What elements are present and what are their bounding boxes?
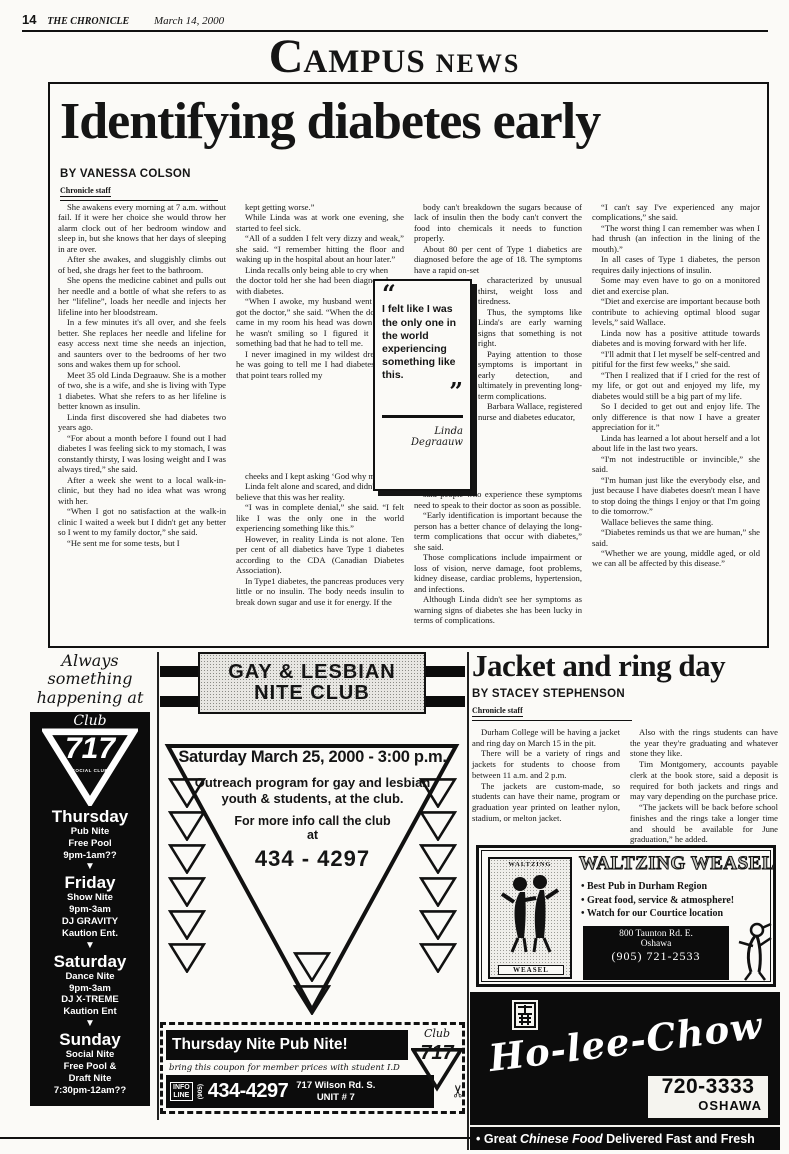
paragraph: Dance Nite [30,971,150,983]
byline-role: Chronicle staff [60,186,111,197]
nite-club-title-line1: GAY & LESBIAN [200,662,424,683]
logo-number: 717 [42,732,138,766]
day-name: Friday [30,874,150,892]
paragraph: While Linda was at work one evening, she… [236,212,404,233]
paragraph: “Whether we are young, middle aged, or o… [592,548,760,569]
coupon-banner: Thursday Nite Pub Nite! [166,1030,408,1060]
waltzing-weasel-ad: WALTZING WEASEL WALTZING WEASEL • Best P… [476,845,776,987]
section-news: NEWS [436,49,521,78]
tagline-line: happening at [24,689,156,707]
paragraph: There will be a variety of rings and jac… [472,748,620,780]
paragraph: Free Pool [30,838,150,850]
paragraph: Social Nite [30,1049,150,1061]
logo-subtext: SOCIAL CLUB [42,768,138,773]
ho-lee-chow-city: OSHAWA [648,1098,768,1113]
paragraph: Wallace believes the same thing. [592,517,760,527]
col3-narrow: characterized by unusual thirst, weight … [478,275,582,489]
paragraph: After she awakes, and sluggishly climbs … [58,254,226,275]
paragraph: “The jackets will be back before school … [630,802,778,845]
tagline-post: Delivered Fast and Fresh [603,1132,755,1146]
card-arc-text: WALTZING [490,859,570,868]
address-line: UNIT # 7 [296,1092,375,1103]
card-ribbon-text: WEASEL [498,965,564,975]
paragraph: Durham College will be having a jacket a… [472,727,620,748]
page-number: 14 [22,12,36,27]
triangle-icon [419,910,457,940]
nite-club-title-box: GAY & LESBIAN NITE CLUB [198,652,426,714]
info-line-label: INFO LINE [170,1082,193,1101]
event-description-line: youth & students, at the club. [160,791,465,807]
col2-bottom: cheeks and I kept asking ‘God why me'.”L… [236,471,404,607]
tagline-italic: Chinese Food [520,1132,603,1146]
day-section-thursday: Thursday Pub NiteFree Pool9pm-1am?? [30,808,150,861]
paragraph: “For about a month before I found out I … [58,433,226,475]
triangle-icon [419,943,457,973]
paragraph: Linda now has a positive attitude toward… [592,328,760,349]
pull-quote-attribution: Linda Degraauw [382,426,463,448]
paragraph: The jackets are custom-made, so students… [472,781,620,824]
coupon-phone: 434-4297 [208,1080,289,1103]
weasel-address-box: 800 Taunton Rd. E. Oshawa (905) 721-2533 [583,926,729,980]
paragraph: Although Linda didn't see her symptoms a… [414,594,582,625]
paragraph: Kaution Ent. [30,928,150,940]
jacket-headline: Jacket and ring day [472,648,778,684]
newspaper-page: 14 THE CHRONICLE March 14, 2000 CAMPUSNE… [0,0,789,1154]
article-column-4: “I can't say I've experienced any major … [592,202,760,642]
tagline-pre: • Great [476,1132,520,1146]
paragraph: About 80 per cent of Type 1 diabetics ar… [414,244,582,275]
jacket-column-2: Also with the rings students can have th… [630,727,778,845]
ho-lee-chow-phone-box: 720-3333 OSHAWA [648,1076,768,1118]
paragraph: She opens the medicine cabinet and pulls… [58,275,226,317]
triangle-icon [168,943,206,973]
triangle-separator-icon: ▼ [30,1018,150,1029]
info-label: INFO [173,1084,190,1092]
paragraph: After a week she went to a local walk-in… [58,475,226,506]
club-717-banner: Club 717 SOCIAL CLUB Thursday Pub NiteFr… [30,712,150,1106]
nite-club-text: Saturday March 25, 2000 - 3:00 p.m. Outr… [160,748,465,872]
issue-date: March 14, 2000 [154,15,224,27]
col3-top: body can't breakdown the sugars because … [414,202,582,275]
paragraph: “The worst thing I can remember was when… [592,223,760,254]
col3-bottom: said people who experience these symptom… [414,489,582,625]
paragraph: “I was in complete denial,” she said. “I… [236,502,404,533]
triangle-separator-icon: ▼ [30,861,150,872]
paragraph: “Early identification is important becau… [414,510,582,552]
main-headline: Identifying diabetes early [60,92,760,151]
logo-club-script: Club [411,1027,463,1040]
nite-club-phone: 434 - 4297 [160,846,465,872]
paragraph: So I decided to get out and enjoy life. … [592,401,760,432]
paragraph: Free Pool & [30,1061,150,1073]
triangle-separator-icon: ▼ [30,940,150,951]
triangle-icon [293,952,331,982]
day-section-sunday: Sunday Social NiteFree Pool &Draft Nite7… [30,1031,150,1096]
tagline-line: something [24,670,156,688]
paragraph: Those complications include impairment o… [414,552,582,594]
byline-author: BY VANESSA COLSON [60,168,218,180]
logo-number: 717 [411,1042,463,1065]
day-name: Saturday [30,953,150,971]
open-quote-icon: “ [382,287,463,301]
tagline-line: Always [24,652,156,670]
paragraph: “All of a sudden I felt very dizzy and w… [236,233,404,264]
paragraph: However, in reality Linda is not alone. … [236,534,404,576]
paragraph: Linda first discovered she had diabetes … [58,412,226,433]
vertical-divider-left [157,652,159,1120]
club-717-tagline: Always something happening at [24,652,156,707]
paragraph: Linda has learned a lot about herself an… [592,433,760,454]
paragraph: “Diet and exercise are important because… [592,296,760,327]
header-rule [22,30,768,32]
paragraph: Also with the rings students can have th… [630,727,778,759]
paragraph: In Type1 diabetes, the pancreas produces… [236,576,404,607]
jacket-byline-author: BY STACEY STEPHENSON [472,688,632,700]
page-header: 14 THE CHRONICLE March 14, 2000 [22,12,768,27]
article-column-1: She awakens every morning at 7 a.m. with… [58,202,226,642]
day-section-saturday: Saturday Dance Nite9pm-3amDJ X-TREMEKaut… [30,953,150,1018]
address-line: 717 Wilson Rd. S. [296,1080,375,1091]
paragraph: characterized by unusual thirst, weight … [478,275,582,306]
paragraph: “When I awoke, my husband went and got t… [236,296,388,348]
paragraph: “I'm not indestructible or invincible,” … [592,454,760,475]
dancing-weasels-icon [492,868,568,956]
day-lines: Dance Nite9pm-3amDJ X-TREMEKaution Ent [30,971,150,1019]
paragraph: “I can't say I've experienced any major … [592,202,760,223]
triangle-icon [293,985,331,1015]
paragraph: • Watch for our Courtice location [581,907,775,921]
at-text: at [160,828,465,842]
triangle-stack-center [293,952,331,1015]
section-initial: C [269,30,304,83]
paragraph: Tim Montgomery, accounts payable clerk a… [630,759,778,802]
paragraph: 7:30pm-12am?? [30,1085,150,1097]
paragraph: In a few minutes it's all over, and she … [58,317,226,369]
paragraph: In all cases of Type 1 diabetes, the per… [592,254,760,275]
paragraph: DJ X-TREME [30,994,150,1006]
weasel-phone: (905) 721-2533 [583,949,729,964]
jacket-byline-role: Chronicle staff [472,706,523,717]
day-lines: Social NiteFree Pool &Draft Nite7:30pm-1… [30,1049,150,1097]
paragraph: • Best Pub in Durham Region [581,880,775,894]
paragraph: “He sent me for some tests, but I [58,538,226,548]
jacket-columns: Durham College will be having a jacket a… [472,727,778,845]
paragraph: Thus, the symptoms like Linda's are earl… [478,307,582,349]
paragraph: “I'm human just like the everybody else,… [592,475,760,517]
vertical-divider-right [467,652,469,1150]
section-rest: AMPUS [303,44,425,80]
paragraph: • Great food, service & atmosphere! [581,894,775,908]
weasel-title: WALTZING WEASEL [579,853,773,875]
weasel-address-line2: Oshawa [583,939,729,949]
paragraph: said people who experience these symptom… [414,489,582,510]
weasel-card-illustration: WALTZING WEASEL [488,857,572,979]
paragraph: Linda recalls only being able to cry whe… [236,265,388,296]
close-quote-icon: ” [382,382,463,401]
day-name: Thursday [30,808,150,826]
paragraph: Kaution Ent [30,1006,150,1018]
paragraph: 9pm-1am?? [30,850,150,862]
paragraph: 9pm-3am [30,904,150,916]
paragraph: “Then I realized that if I cried for the… [592,370,760,401]
paragraph: Draft Nite [30,1073,150,1085]
paragraph: kept getting worse.” [236,202,404,212]
paragraph: Show Nite [30,892,150,904]
coupon-script-line: bring this coupon for member prices with… [169,1063,400,1073]
ho-lee-chow-tagline: • Great Chinese Food Delivered Fast and … [470,1125,780,1146]
pull-quote: “ I felt like I was the only one in the … [373,279,472,491]
paragraph: I never imagined in my wildest dreams he… [236,349,388,380]
weasel-mascot-icon [733,920,773,982]
line-label: LINE [173,1092,190,1100]
coupon-address: 717 Wilson Rd. S. UNIT # 7 [296,1080,375,1103]
col2-narrow: Linda recalls only being able to cry whe… [236,265,388,471]
club-script: Club [30,712,150,728]
event-description: Outreach program for gay and lesbian you… [160,775,465,806]
scissors-icon: ✂ [449,1084,469,1098]
day-section-friday: Friday Show Nite9pm-3amDJ GRAVITYKaution… [30,874,150,939]
section-masthead: CAMPUSNEWS [0,33,789,86]
triangle-icon [419,877,457,907]
nite-club-title-line2: NITE CLUB [200,683,424,704]
triangle-icon [168,877,206,907]
paragraph: DJ GRAVITY [30,916,150,928]
coupon-info-strip: INFO LINE (905) 434-4297 717 Wilson Rd. … [166,1075,434,1108]
day-lines: Pub NiteFree Pool9pm-1am?? [30,826,150,862]
event-description-line: Outreach program for gay and lesbian [160,775,465,791]
paragraph: Pub Nite [30,826,150,838]
paragraph: body can't breakdown the sugars because … [414,202,582,244]
weasel-address-line1: 800 Taunton Rd. E. [583,929,729,939]
info-call-text: For more info call the club [160,814,465,828]
club-717-coupon: Thursday Nite Pub Nite! bring this coupo… [160,1022,465,1114]
triangle-icon [168,910,206,940]
paragraph: “I'll admit that I let myself be self-ce… [592,349,760,370]
byline-block: BY VANESSA COLSON Chronicle staff [60,168,218,201]
chinese-seal-icon [512,1000,538,1030]
col2-top: kept getting worse.”While Linda was at w… [236,202,404,265]
event-datetime: Saturday March 25, 2000 - 3:00 p.m. [160,748,465,767]
bottom-rule [0,1137,470,1139]
ho-lee-chow-ad: Ho-lee-Chow 720-3333 OSHAWA • Great Chin… [470,992,780,1150]
nite-club-ad: GAY & LESBIAN NITE CLUB Saturd [160,652,465,1020]
paragraph: “Diabetes reminds us that we are human,”… [592,527,760,548]
day-lines: Show Nite9pm-3amDJ GRAVITYKaution Ent. [30,892,150,940]
jacket-column-1: Durham College will be having a jacket a… [472,727,620,845]
paragraph: “When I got no satisfaction at the walk-… [58,506,226,537]
club-717-ad: Always something happening at Club 717 S… [24,652,156,1122]
pull-quote-rule [382,415,463,418]
weasel-bullets: • Best Pub in Durham Region• Great food,… [581,880,775,921]
paragraph: Barbara Wallace, registered nurse and di… [478,401,582,422]
paragraph: Paying attention to those symptoms is im… [478,349,582,401]
ho-lee-chow-phone: 720-3333 [648,1076,768,1098]
jacket-byline-block: BY STACEY STEPHENSON Chronicle staff [472,688,632,721]
area-code: (905) [197,1084,204,1099]
pull-quote-text: I felt like I was the only one in the wo… [382,303,463,382]
paragraph: Some may even have to go on a monitored … [592,275,760,296]
paragraph: She awakens every morning at 7 a.m. with… [58,202,226,254]
publication-name: THE CHRONICLE [47,16,129,27]
paragraph: Meet 35 old Linda Degraauw. She is a mot… [58,370,226,412]
jacket-article: Jacket and ring day BY STACEY STEPHENSON… [472,648,778,845]
paragraph: 9pm-3am [30,983,150,995]
club-717-logo: 717 SOCIAL CLUB [42,728,138,806]
day-name: Sunday [30,1031,150,1049]
